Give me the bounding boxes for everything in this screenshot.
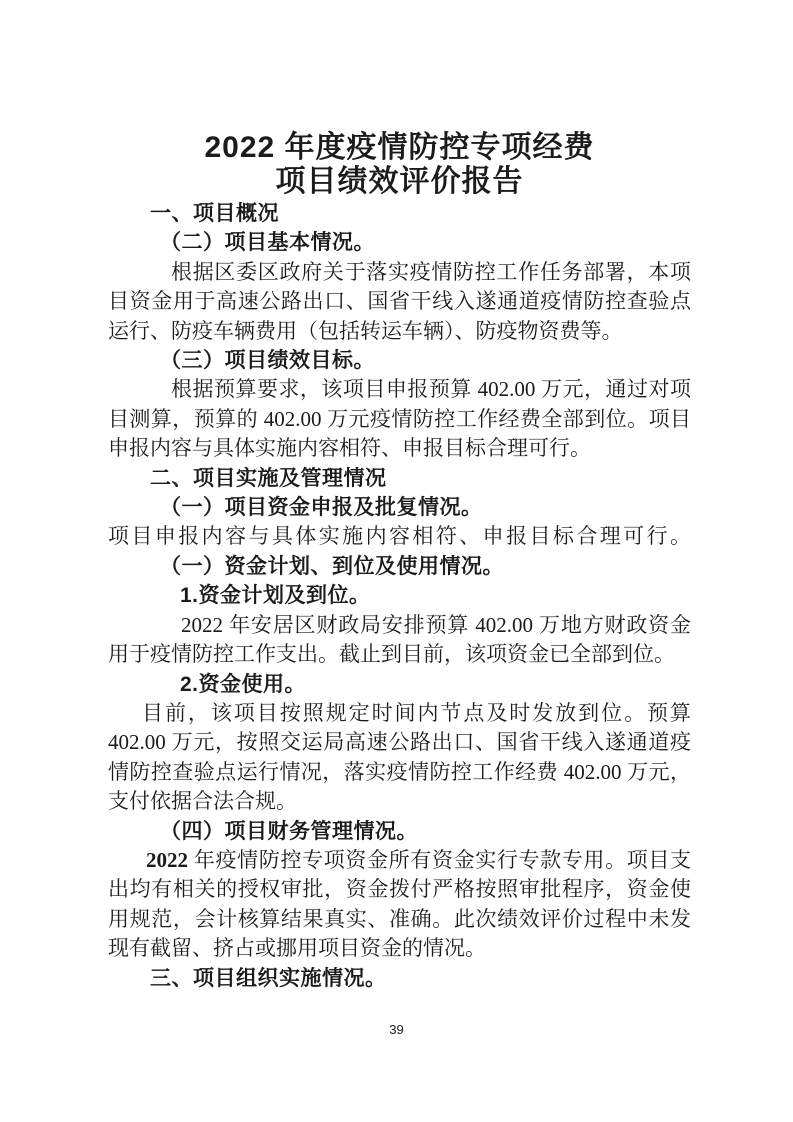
- subsubsection-heading-fund-plan: 1.资金计划及到位。: [108, 581, 691, 610]
- bold-year-prefix: 2022: [146, 848, 188, 872]
- body-paragraph-basic-info: 根据区委区政府关于落实疫情防控工作任务部署，本项目资金用于高速公路出口、国省干线…: [108, 258, 691, 346]
- body-paragraph-performance-goal: 根据预算要求，该项目申报预算 402.00 万元，通过对项目测算，预算的 402…: [108, 375, 691, 463]
- subsubsection-heading-fund-usage: 2.资金使用。: [108, 670, 691, 699]
- subsection-heading-financial-management: （四）项目财务管理情况。: [108, 817, 691, 846]
- subsection-heading-basic-info: （二）项目基本情况。: [108, 228, 691, 257]
- page-number: 39: [389, 1022, 403, 1037]
- body-paragraph-fund-application: 项目申报内容与具体实施内容相符、申报目标合理可行。: [108, 522, 691, 551]
- paragraph-text: 年疫情防控专项资金所有资金实行专款专用。项目支出均有相关的授权审批，资金拨付严格…: [108, 848, 691, 960]
- section-heading-organization: 三、项目组织实施情况。: [108, 964, 691, 993]
- page-footer: 39: [0, 1022, 793, 1038]
- document-body: 一、项目概况 （二）项目基本情况。 根据区委区政府关于落实疫情防控工作任务部署，…: [108, 199, 691, 993]
- subsection-heading-performance-goal: （三）项目绩效目标。: [108, 346, 691, 375]
- section-heading-implementation: 二、项目实施及管理情况: [108, 464, 691, 493]
- body-paragraph-fund-plan: 2022 年安居区财政局安排预算 402.00 万地方财政资金用于疫情防控工作支…: [108, 611, 691, 670]
- subsection-heading-fund-plan-usage: （一）资金计划、到位及使用情况。: [108, 552, 691, 581]
- document-title: 2022 年度疫情防控专项经费 项目绩效评价报告: [108, 0, 691, 199]
- document-title-line-1: 2022 年度疫情防控专项经费: [108, 131, 691, 165]
- subsection-heading-fund-application: （一）项目资金申报及批复情况。: [108, 493, 691, 522]
- document-title-line-2: 项目绩效评价报告: [108, 165, 691, 199]
- page-content: 2022 年度疫情防控专项经费 项目绩效评价报告 一、项目概况 （二）项目基本情…: [108, 0, 691, 993]
- document-page: 2022 年度疫情防控专项经费 项目绩效评价报告 一、项目概况 （二）项目基本情…: [0, 0, 793, 1122]
- body-paragraph-financial-management: 2022 年疫情防控专项资金所有资金实行专款专用。项目支出均有相关的授权审批，资…: [108, 846, 691, 964]
- body-paragraph-fund-usage: 目前，该项目按照规定时间内节点及时发放到位。预算 402.00 万元，按照交运局…: [108, 699, 691, 817]
- section-heading-project-overview: 一、项目概况: [108, 199, 691, 228]
